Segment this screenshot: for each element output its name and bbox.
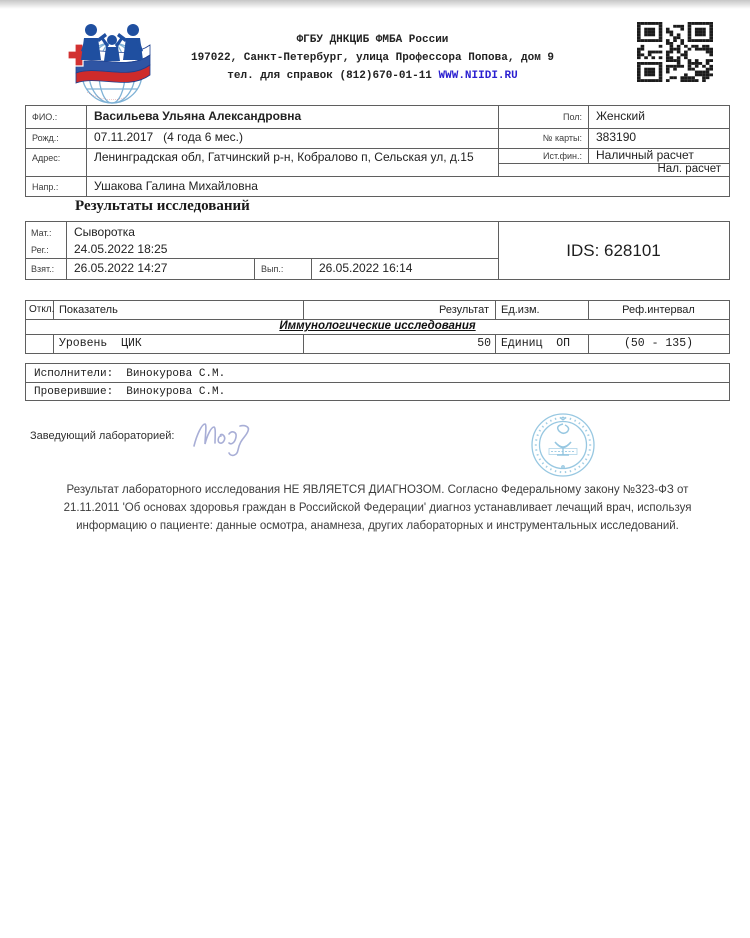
patient-info-table: ФИО.: Васильева Ульяна Александровна Пол…: [25, 105, 730, 197]
finance-source: Наличный расчет: [596, 148, 694, 162]
result-row-unit: Единиц ОП: [501, 337, 570, 350]
lab-head-label: Заведующий лабораторией:: [30, 430, 174, 442]
fio-label: ФИО.:: [32, 112, 57, 122]
stamp-icon: [524, 406, 602, 484]
divider: [26, 334, 729, 335]
executors-label: Исполнители:: [34, 368, 113, 380]
divider: [588, 106, 589, 163]
results-section-title: Результаты исследований: [75, 198, 250, 215]
verifiers-name: Винокурова С.М.: [126, 386, 225, 398]
col-header-unit: Ед.изм.: [501, 304, 540, 316]
divider: [26, 128, 729, 129]
executors-name: Винокурова С.М.: [126, 368, 225, 380]
material-value: Сыворотка: [74, 225, 135, 239]
divider: [26, 258, 498, 259]
divider: [26, 176, 729, 177]
taken-datetime: 26.05.2022 14:27: [74, 261, 167, 275]
divider: [254, 258, 255, 279]
staff-table: Исполнители:Винокурова С.М. Проверившие:…: [25, 363, 730, 401]
patient-birthdate: 07.11.2017 (4 года 6 мес.): [94, 130, 243, 144]
lab-stamp: [524, 406, 602, 489]
lab-report-page: ··················· ФГБУ ДНКЦИБ ФМБА Рос…: [0, 0, 750, 938]
birth-label: Рожд.:: [32, 133, 59, 143]
result-row-ref-interval: (50 - 135): [588, 337, 729, 350]
patient-card-number: 383190: [596, 130, 636, 144]
divider: [53, 334, 54, 353]
taken-label: Взят.:: [31, 264, 54, 274]
disclaimer-text: Результат лабораторного исследования НЕ …: [55, 482, 700, 535]
divider: [311, 258, 312, 279]
finance-label: Ист.фин.:: [498, 151, 582, 161]
qr-code-icon: [637, 22, 713, 87]
divider: [26, 382, 729, 383]
lab-head-signature: [188, 412, 260, 469]
patient-sex: Женский: [596, 109, 645, 123]
clinic-name: ФГБУ ДНКЦИБ ФМБА России: [140, 31, 605, 49]
patient-name: Васильева Ульяна Александровна: [94, 109, 301, 123]
col-header-indicator: Показатель: [59, 304, 118, 316]
registered-label: Рег.:: [31, 245, 49, 255]
divider: [66, 222, 67, 279]
divider: [86, 106, 87, 196]
verifiers-label: Проверившие:: [34, 386, 113, 398]
divider: [495, 301, 496, 319]
divider: [495, 334, 496, 353]
referring-doctor: Ушакова Галина Михайловна: [94, 179, 258, 193]
material-label: Мат.:: [31, 228, 52, 238]
payment-type: Нал. расчет: [498, 163, 721, 175]
done-datetime: 26.05.2022 16:14: [319, 261, 412, 275]
sex-label: Пол:: [498, 112, 582, 122]
clinic-website-link[interactable]: WWW.NIIDI.RU: [439, 70, 518, 82]
test-group-title: Иммунологические исследования: [26, 320, 729, 332]
svg-text:···················: ···················: [85, 90, 126, 103]
clinic-phone-line: тел. для справок (812)670-01-11 WWW.NIID…: [140, 67, 605, 85]
card-label: № карты:: [498, 133, 582, 143]
patient-address: Ленинградская обл, Гатчинский р-н, Кобра…: [94, 150, 474, 164]
result-row-value: 50: [303, 337, 491, 350]
ids-number: IDS: 628101: [498, 222, 729, 279]
col-header-deviation: Откл.: [29, 304, 54, 315]
registered-datetime: 24.05.2022 18:25: [74, 242, 167, 256]
clinic-phone: тел. для справок (812)670-01-11: [227, 70, 432, 82]
verifiers-row: Проверившие:Винокурова С.М.: [34, 386, 225, 398]
executors-row: Исполнители:Винокурова С.М.: [34, 368, 225, 380]
done-label: Вып.:: [261, 264, 283, 274]
col-header-ref-interval: Реф.интервал: [588, 304, 729, 316]
signature-icon: [188, 412, 260, 464]
address-label: Адрес:: [32, 153, 60, 163]
col-header-result: Результат: [303, 304, 489, 316]
results-table: Откл. Показатель Результат Ед.изм. Реф.и…: [25, 300, 730, 354]
specimen-table: Мат.: Сыворотка Рег.: 24.05.2022 18:25 В…: [25, 221, 730, 280]
clinic-header-text: ФГБУ ДНКЦИБ ФМБА России 197022, Санкт-Пе…: [140, 31, 605, 85]
result-row-indicator: Уровень ЦИК: [59, 337, 142, 350]
referral-label: Напр.:: [32, 182, 58, 192]
clinic-address: 197022, Санкт-Петербург, улица Профессор…: [140, 49, 605, 67]
scan-artifact-band: [0, 0, 750, 9]
